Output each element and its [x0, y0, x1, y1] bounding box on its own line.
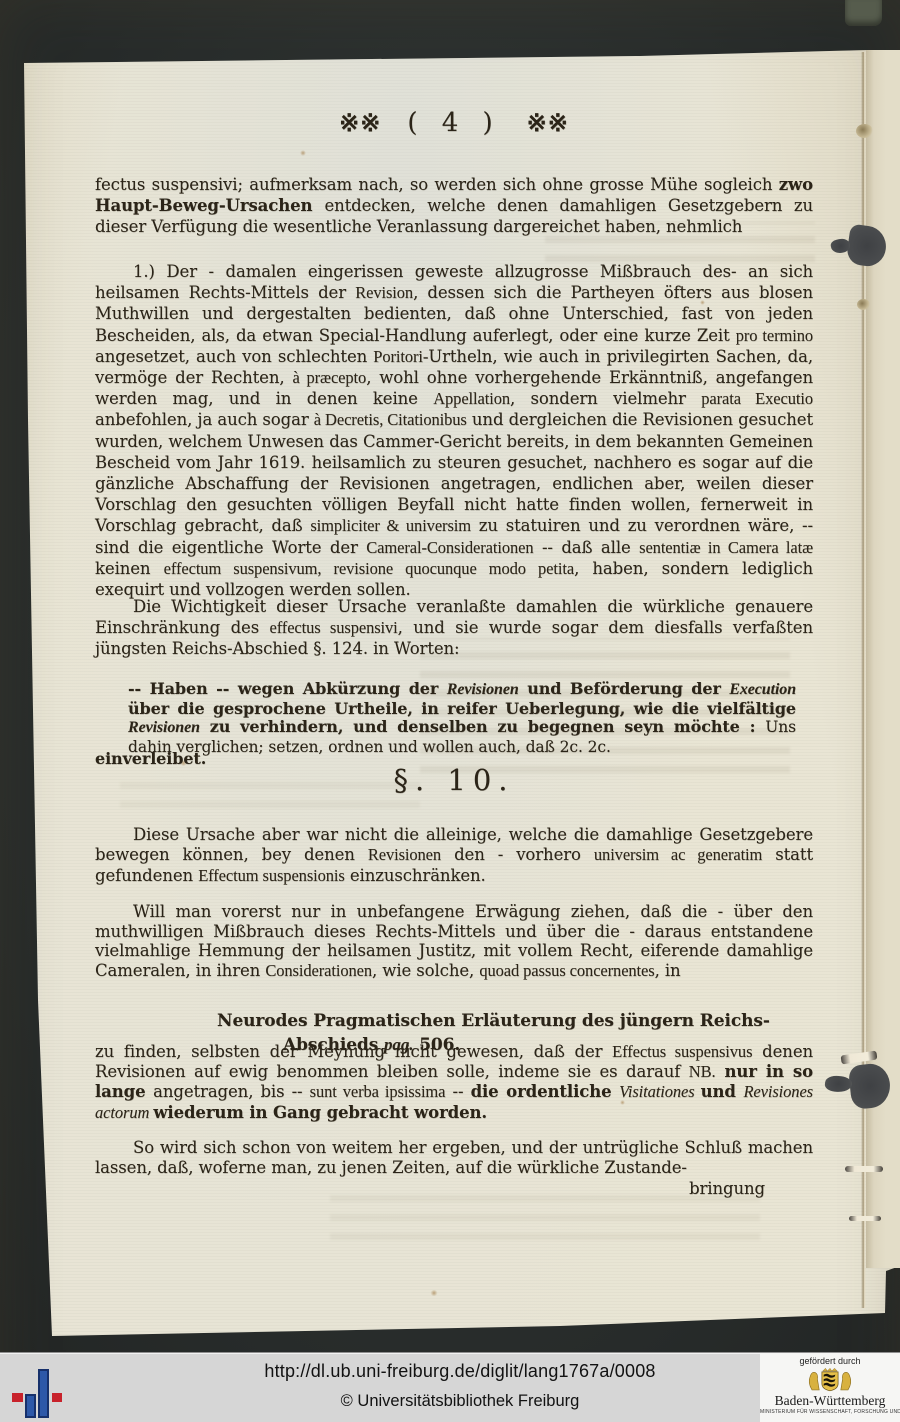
funding-credit-block: gefördert durch Baden-Württemberg MINIST…	[760, 1353, 900, 1422]
ub-freiburg-logo-icon	[12, 1366, 72, 1420]
book-page-scan: ※※( 4 )※※ fectus suspensivi; aufmerksam …	[0, 0, 900, 1422]
fleuron-ornament-icon: ※※	[527, 108, 569, 137]
binding-stitch	[845, 1166, 883, 1172]
page-number-header: ※※( 4 )※※	[95, 112, 813, 134]
paragraph-wichtigkeit: Die Wichtigkeit dieser Ursache veranlaßt…	[95, 596, 813, 660]
stitching-hole	[857, 299, 870, 310]
citation-line-1: Neurodes Pragmatischen Erläuterung des j…	[217, 1010, 813, 1033]
foxing-spot	[300, 150, 306, 156]
page-number: ( 4 )	[407, 108, 500, 138]
paragraph-so-wird: So wird sich schon von weitem her ergebe…	[95, 1138, 813, 1179]
paragraph-continuation: fectus suspensivi; aufmerksam nach, so w…	[95, 174, 813, 238]
binding-stitch	[849, 1216, 881, 1221]
paragraph-will-man: Will man vorerst nur in unbefangene Erwä…	[95, 902, 813, 980]
footer-text-block: http://dl.ub.uni-freiburg.de/diglit/lang…	[170, 1353, 750, 1422]
paragraph-diese-ursache: Diese Ursache aber war nicht die alleini…	[95, 825, 813, 886]
viewer-footer-bar: http://dl.ub.uni-freiburg.de/diglit/lang…	[0, 1352, 900, 1422]
fleuron-ornament-icon: ※※	[339, 108, 381, 137]
document-url-link[interactable]: http://dl.ub.uni-freiburg.de/diglit/lang…	[170, 1361, 750, 1382]
page-clamp	[845, 0, 882, 26]
section-heading: §. 10.	[95, 770, 813, 791]
catchword: bringung	[95, 1178, 813, 1199]
paragraph-zu-finden: zu finden, selbsten der Meynung nicht ge…	[95, 1042, 813, 1123]
funder-name: Baden-Württemberg	[760, 1393, 900, 1409]
funding-label: gefördert durch	[760, 1356, 900, 1366]
blockquote-reichsabschied: -- Haben -- wegen Abkürzung der Revision…	[128, 680, 796, 756]
stitching-hole	[856, 124, 873, 138]
funder-ministry: MINISTERIUM FÜR WISSENSCHAFT, FORSCHUNG …	[760, 1409, 900, 1415]
copyright-notice: © Universitätsbibliothek Freiburg	[170, 1392, 750, 1411]
baden-wuerttemberg-coat-of-arms-icon	[803, 1366, 857, 1394]
paragraph-numbered-1: 1.) Der - damalen eingerissen geweste al…	[95, 261, 813, 600]
foxing-spot	[430, 1290, 438, 1296]
